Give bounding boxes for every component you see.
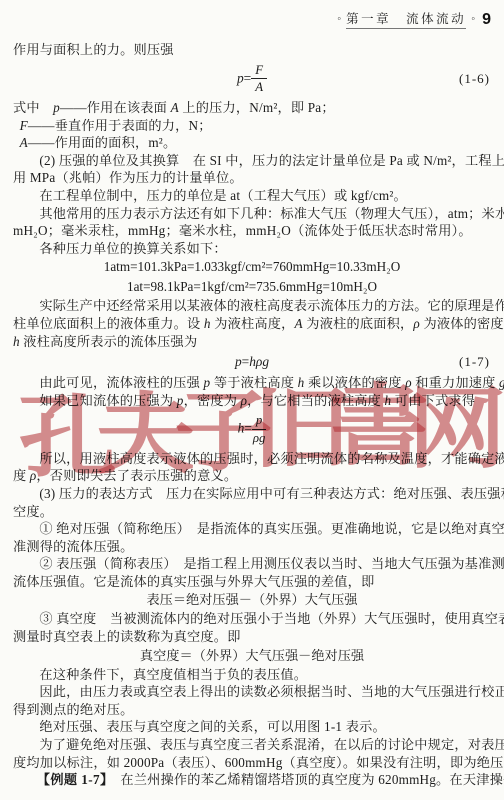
equation-line: 真空度＝（外界）大气压强－绝对压强 (13, 646, 491, 666)
text-line: 在这种条件下，真空度值相当于负的表压值。 (13, 666, 491, 684)
text-line: 用 MPa（兆帕）作为压力的计量单位。 (13, 169, 491, 187)
text-line: 测量时真空表上的读数称为真空度。即 (13, 628, 491, 646)
equation-number: (1-6) (459, 70, 490, 88)
text-line: 柱单位底面积上的液体重力。设 h 为液柱高度，A 为液柱的底面积，ρ 为液体的密… (13, 315, 491, 333)
text-line: F——垂直作用于表面的力，N； (13, 117, 491, 135)
header-dot-icon: ◦ (471, 13, 475, 25)
text-line: 由此可见，流体液柱的压强 p 等于液柱高度 h 乘以液体的密度 ρ 和重力加速度… (13, 374, 491, 392)
formula: p=hρg(1-7) (13, 353, 491, 371)
text-line: 流体压强值。它是流体的真实压强与外界大气压强的差值，即 (13, 573, 491, 591)
text-line: h 液柱高度所表示的流体压强为 (13, 333, 491, 351)
text-line: 如果已知流体的压强为 p，密度为 ρ，与它相当的液柱高度 h 可由下式求得 (13, 392, 491, 410)
text-line: ② 表压强（简称表压） 是指工程上用测压仪表以当时、当地大气压强为基准测得的 (13, 555, 491, 573)
text-line: 得到测点的绝对压。 (13, 701, 491, 719)
text-line: 实际生产中还经常采用以某液体的液柱高度表示流体压力的方法。它的原理是作用在液 (13, 297, 491, 315)
text-line: 所以，用液柱高度表示液体的压强时，必须注明流体的名称及温度，才能确定液体的密 (13, 450, 491, 468)
header-dot-icon: ◦ (337, 13, 341, 25)
text-line: 准测得的流体压强。 (13, 538, 491, 556)
page-body: 作用与面积上的力。则压强p=FA(1-6)式中 p——作用在该表面 A 上的压力… (13, 41, 491, 789)
text-line: 【例题 1-7】 在兰州操作的苯乙烯精馏塔塔顶的真空度为 620mmHg。在天津… (13, 771, 491, 789)
fraction: FA (251, 63, 267, 95)
equation-line: 1atm=101.3kPa=1.033kgf/cm²=760mmHg=10.33… (13, 257, 491, 277)
example-label: 【例题 1-7】 (37, 772, 107, 787)
text-line: 绝对压强、表压与真空度之间的关系，可以用图 1-1 表示。 (13, 718, 491, 736)
text-line: 为了避免绝对压强、表压与真空度三者关系混淆，在以后的讨论中规定，对表压和真空 (13, 736, 491, 754)
chapter-title: 第一章 流体流动 (346, 12, 466, 29)
text-line: 空度。 (13, 503, 491, 521)
equation-line: 表压＝绝对压强－（外界）大气压强 (13, 590, 491, 610)
text-line: 在工程单位制中，压力的单位是 at（工程大气压）或 kgf/cm²。 (13, 187, 491, 205)
text-line: mH₂O；毫米汞柱，mmHg；毫米水柱，mmH₂O（流体处于低压状态时常用）。 (13, 222, 491, 240)
page-content: ◦第一章 流体流动◦9 作用与面积上的力。则压强p=FA(1-6)式中 p——作… (13, 8, 491, 789)
text-line: (2) 压强的单位及其换算 在 SI 中，压力的法定计量单位是 Pa 或 N/m… (13, 152, 491, 170)
text-line: ③ 真空度 当被测流体内的绝对压强小于当地（外界）大气压强时，使用真空表进行 (13, 610, 491, 628)
text-line: 度均加以标注，如 2000Pa（表压）、600mmHg（真空度）。如果没有注明，… (13, 754, 491, 772)
page-number: 9 (482, 11, 491, 28)
equation-line: 1at=98.1kPa=1kgf/cm²=735.6mmHg=10mH₂O (13, 277, 491, 297)
text-line: 各种压力单位的换算关系如下： (13, 240, 491, 258)
formula-lhs: p= (237, 70, 251, 85)
equation-number: (1-7) (459, 353, 490, 371)
text-line: ① 绝对压强（简称绝压） 是指流体的真实压强。更准确地说，它是以绝对真空为基 (13, 520, 491, 538)
text-line: 因此，由压力表或真空表上得出的读数必须根据当时、当地的大气压强进行校正，才能 (13, 683, 491, 701)
text-line: 作用与面积上的力。则压强 (13, 41, 491, 59)
book-page: ◦第一章 流体流动◦9 作用与面积上的力。则压强p=FA(1-6)式中 p——作… (0, 0, 504, 800)
text-line: 度 ρ，否则即失去了表示压强的意义。 (13, 467, 491, 485)
text-line: A——作用面的面积，m²。 (13, 134, 491, 152)
formula-lhs: h= (238, 421, 252, 436)
formula-lhs: p=hρg (235, 354, 269, 369)
text-line: 其他常用的压力表示方法还有如下几种：标准大气压（物理大气压），atm；米水柱， (13, 205, 491, 223)
formula: p=FA(1-6) (13, 62, 491, 96)
formula: h=pρg (13, 412, 491, 446)
text-line: 式中 p——作用在该表面 A 上的压力，N/m²，即 Pa； (13, 99, 491, 117)
text-line: (3) 压力的表达方式 压力在实际应用中可有三种表达方式：绝对压强、表压强和真 (13, 485, 491, 503)
fraction: pρg (252, 413, 266, 445)
running-header: ◦第一章 流体流动◦9 (13, 8, 491, 30)
